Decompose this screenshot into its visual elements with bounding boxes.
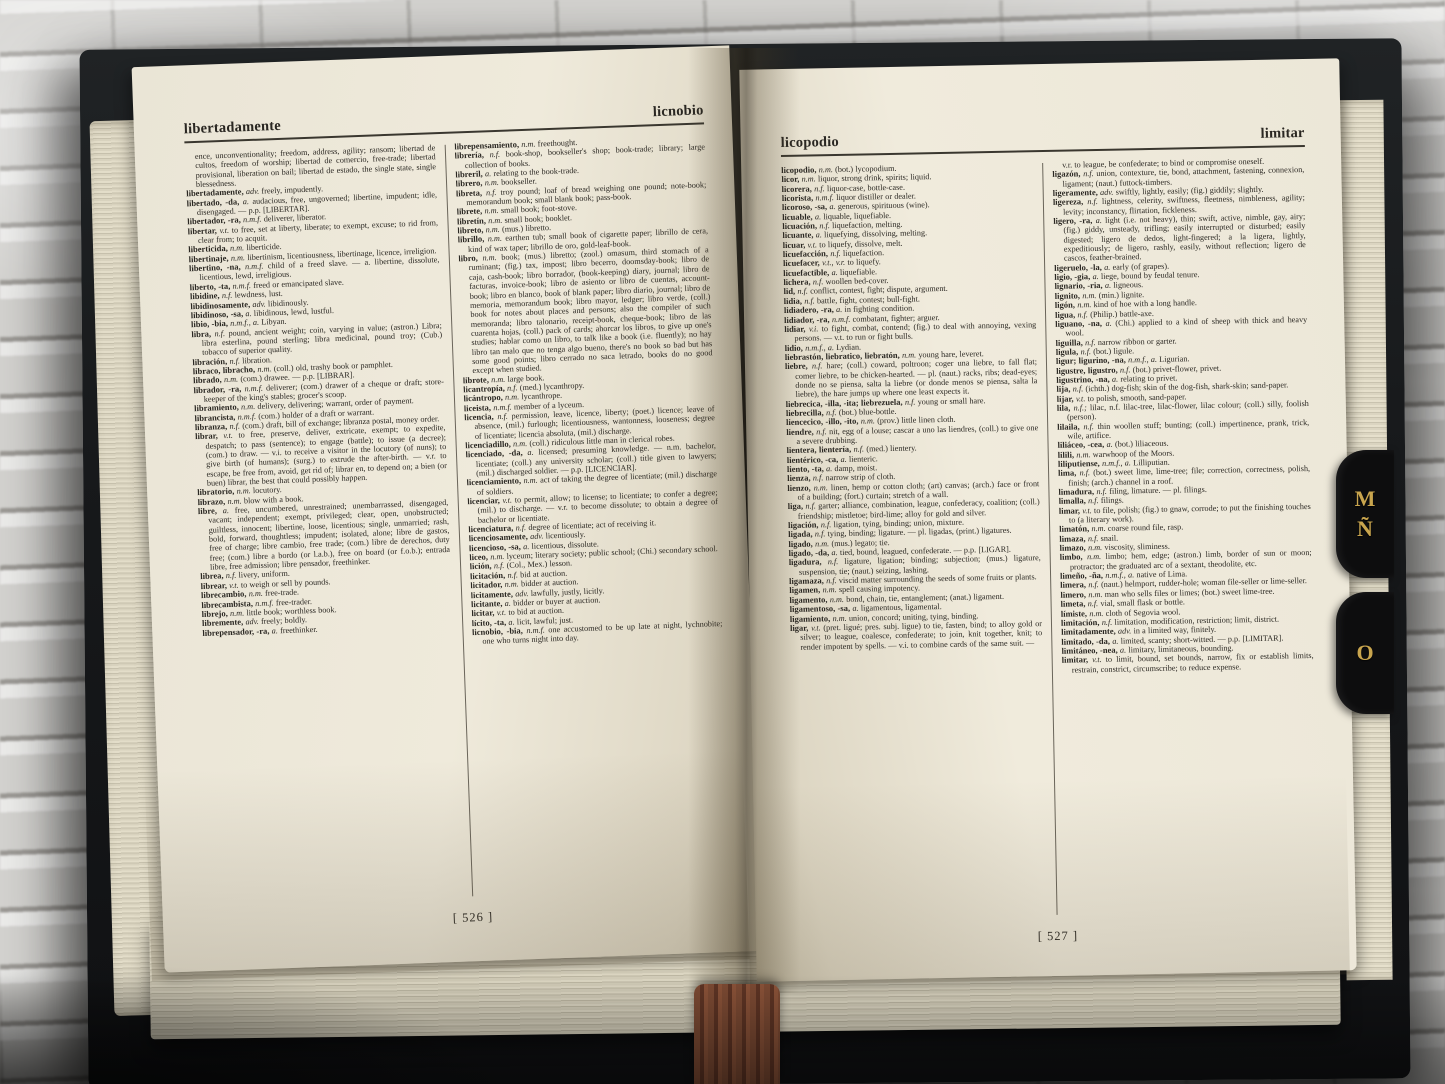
- dictionary-entry: ligar, v.t. (pret. ligué; pres. subj. li…: [790, 619, 1042, 652]
- thumb-index: MÑ O: [1336, 450, 1394, 728]
- column-1: ence, unconventionality; freedom, addres…: [185, 143, 463, 912]
- thumb-index-tab-mn: MÑ: [1336, 450, 1394, 578]
- guide-word-left: libertadamente: [184, 118, 282, 139]
- column-1: licopodio, n.m. (bot.) lycopodium.licor,…: [781, 161, 1048, 926]
- photo-of-open-dictionary: libertadamente licnobio ence, unconventi…: [0, 0, 1445, 1084]
- guide-word-right: licnobio: [653, 102, 704, 121]
- dictionary-entry: librar, v.t. to free, preserve, deliver,…: [195, 423, 447, 488]
- dictionary-entry: limitar, v.t. to limit, bound, set bound…: [1062, 651, 1314, 675]
- guide-word-left: licopodio: [781, 134, 840, 152]
- dictionary-entry: libro, n.m. book; (mus.) libretto; (zool…: [458, 245, 713, 376]
- left-page-columns: ence, unconventionality; freedom, addres…: [185, 133, 733, 912]
- right-page-columns: licopodio, n.m. (bot.) lycopodium.licor,…: [781, 156, 1319, 926]
- thumb-index-tab-o: O: [1336, 592, 1394, 714]
- thumb-index-letter: M: [1355, 488, 1376, 510]
- page-number: [ 527 ]: [796, 924, 1320, 949]
- column-2: librepensamiento, n.m. freethought.libre…: [454, 133, 732, 902]
- spine-headband: [694, 984, 780, 1084]
- left-page-content: libertadamente licnobio ence, unconventi…: [132, 45, 763, 972]
- column-2: v.r. to league, be confederate; to bind …: [1052, 156, 1319, 921]
- dictionary-entry: liebre, n.f. hare; (coll.) coward, poltr…: [785, 357, 1038, 399]
- thumb-index-letter: O: [1356, 642, 1373, 664]
- right-page-content: licopodio limitar licopodio, n.m. (bot.)…: [739, 58, 1356, 981]
- thumb-index-letter: Ñ: [1357, 518, 1373, 540]
- dictionary-entry: ligero, -ra, a. light (i.e. not heavy), …: [1053, 212, 1306, 264]
- dictionary-entry: libre, a. free, uncumbered, unrestrained…: [198, 498, 451, 573]
- guide-word-right: limitar: [1260, 125, 1304, 143]
- right-page: licopodio limitar licopodio, n.m. (bot.)…: [739, 58, 1356, 981]
- left-page: libertadamente licnobio ence, unconventi…: [132, 45, 763, 972]
